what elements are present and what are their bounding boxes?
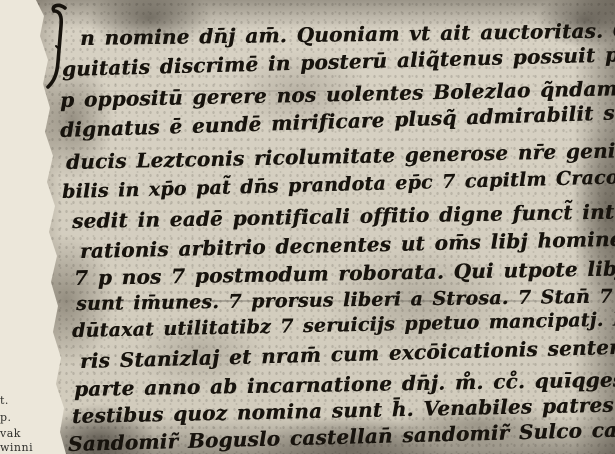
margin-print-fragment: winni bbox=[0, 441, 33, 454]
margin-print-fragment: p. bbox=[0, 411, 12, 424]
margin-print-fragment: vak bbox=[0, 427, 21, 440]
charter-photograph: n nomine dn̄j am̄. Quoniam vt ait auctor… bbox=[0, 0, 615, 454]
margin-print-fragment: t. bbox=[0, 394, 9, 407]
facsimile-plate: n nomine dn̄j am̄. Quoniam vt ait auctor… bbox=[0, 0, 615, 454]
